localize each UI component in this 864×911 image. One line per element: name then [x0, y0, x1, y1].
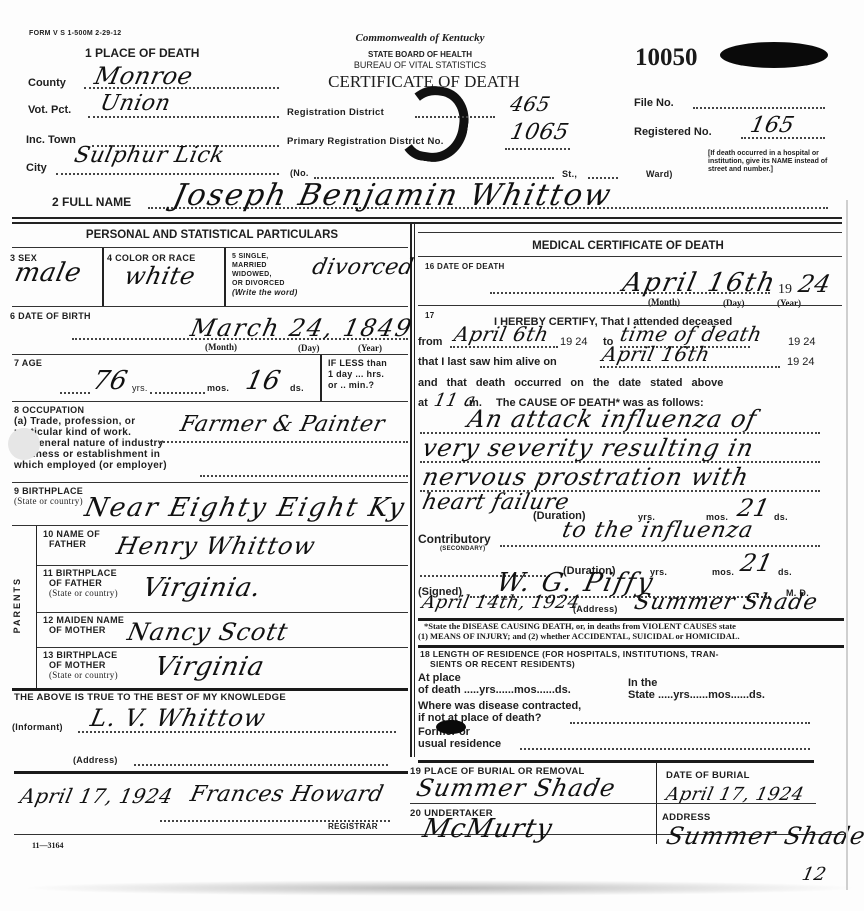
if-less-note: IF LESS than 1 day ... hrs. or .. min.?: [328, 358, 387, 391]
certify-number: 17: [425, 311, 435, 320]
signed-date: April 14th, 1924: [420, 592, 582, 613]
at-label: at: [418, 397, 428, 409]
filed-date-value: April 17, 1924: [18, 784, 175, 808]
birthplace-label: 9 BIRTHPLACE (State or country): [14, 486, 83, 506]
burial-date-value: April 17, 1924: [664, 784, 806, 805]
dob-month-caption: (Month): [205, 342, 237, 352]
age-label: 7 AGE: [14, 358, 42, 368]
official-stamp: [395, 82, 473, 167]
bureau-title: BUREAU OF VITAL STATISTICS: [320, 60, 520, 70]
medical-heading: MEDICAL CERTIFICATE OF DEATH: [418, 240, 838, 252]
contrib-ds-label: ds.: [778, 567, 792, 577]
death-certificate: FORM V S 1-500M 2-29-12 1 PLACE OF DEATH…: [0, 0, 864, 911]
scan-edge: [846, 200, 848, 890]
birthplace-value: Near Eighty Eight Ky: [82, 493, 409, 523]
to-year: 19 24: [788, 336, 816, 348]
from-label: from: [418, 336, 442, 348]
mother-birthplace-label: 13 BIRTHPLACE OF MOTHER (State or countr…: [43, 650, 118, 680]
registration-district-value: 465: [508, 92, 553, 116]
marital-label: 5 SINGLE, MARRIED WIDOWED, OR DIVORCED (…: [232, 252, 298, 297]
residence-heading: 18 LENGTH OF RESIDENCE (FOR HOSPITALS, I…: [420, 649, 719, 669]
form-code: FORM V S 1-500M 2-29-12: [29, 30, 122, 37]
punch-hole: [8, 428, 40, 460]
registrar-label: REGISTRAR: [328, 822, 378, 831]
occupation-value: Farmer & Painter: [178, 412, 387, 437]
true-statement: THE ABOVE IS TRUE TO THE BEST OF MY KNOW…: [14, 692, 286, 703]
form-footer: 11—3164: [32, 841, 64, 850]
full-name-label: 2 FULL NAME: [52, 195, 131, 209]
certificate-number: 10050: [635, 44, 698, 72]
mother-birthplace-value: Virginia: [152, 652, 267, 682]
cause-ds-label: ds.: [774, 512, 788, 522]
primary-registration-label: Primary Registration District No.: [287, 136, 444, 147]
vot-pct-value: Union: [98, 91, 173, 116]
age-days-value: 16: [243, 366, 283, 396]
informant-label: (Informant): [12, 722, 63, 732]
burial-place-value: Summer Shade: [414, 774, 618, 802]
address-label: (Address): [73, 755, 118, 765]
cause-line-2: very severity resulting in: [420, 434, 757, 462]
cause-line-3: nervous prostration with: [420, 463, 752, 491]
father-name-value: Henry Whittow: [114, 532, 318, 560]
contrib-duration-days: 21: [738, 549, 775, 577]
undertaker-value: McMurty: [420, 814, 556, 844]
cause-footnote: *State the DISEASE CAUSING DEATH, or, in…: [418, 621, 848, 641]
age-yrs-label: yrs.: [132, 383, 148, 393]
physician-address-value: Summer Shade: [632, 590, 820, 615]
father-birthplace-label: 11 BIRTHPLACE OF FATHER (State or countr…: [43, 568, 118, 598]
board-title: STATE BOARD OF HEALTH: [320, 50, 520, 59]
registered-no-value: 165: [748, 113, 797, 138]
contributory-value: to the influenza: [560, 518, 756, 543]
dob-label: 6 DATE OF BIRTH: [10, 311, 91, 321]
dob-year-caption: (Year): [358, 343, 382, 353]
vot-pct-label: Vot. Pct.: [28, 104, 71, 116]
mother-name-label: 12 MAIDEN NAME OF MOTHER: [43, 615, 124, 635]
commonwealth-title: Commonwealth of Kentucky: [320, 32, 520, 44]
page-mark: 12: [800, 864, 828, 885]
burial-date-label: DATE OF BURIAL: [666, 770, 750, 781]
occurred-text: and that death occurred on the date stat…: [418, 377, 830, 389]
mother-name-value: Nancy Scott: [125, 618, 291, 646]
file-no-label: File No.: [634, 97, 674, 109]
ink-blot: [436, 720, 466, 734]
dod-year-caption: (Year): [777, 298, 801, 308]
parents-label: PARENTS: [12, 577, 22, 633]
contributory-label: Contributory: [418, 532, 491, 546]
age-ds-label: ds.: [290, 383, 304, 393]
race-value: white: [122, 262, 198, 290]
dod-year-prefix: 19: [778, 282, 792, 298]
age-years-value: 76: [90, 366, 130, 396]
personal-particulars-heading: PERSONAL AND STATISTICAL PARTICULARS: [14, 229, 410, 241]
registration-district-label: Registration District: [287, 107, 384, 118]
redaction-mark: [720, 42, 828, 68]
sex-value: male: [12, 258, 84, 288]
full-name-value: Joseph Benjamin Whittow: [170, 178, 616, 213]
inc-town-label: Inc. Town: [26, 134, 76, 146]
date-of-death-value: April 16th: [620, 268, 779, 298]
registered-no-label: Registered No.: [634, 126, 712, 138]
father-name-label: 10 NAME OF FATHER: [43, 529, 100, 549]
dod-day-caption: (Day): [723, 298, 745, 308]
no-label: (No.: [290, 168, 309, 178]
cause-line-1: An attack influenza of: [465, 405, 760, 433]
at-place-of-death: At place of death .....yrs......mos.....…: [418, 672, 571, 696]
physician-address-label: (Address): [573, 604, 618, 614]
county-value: Monroe: [92, 62, 196, 90]
hospital-note: [If death occurred in a hospital or inst…: [708, 150, 828, 174]
dod-year-value: 24: [796, 270, 833, 298]
registrar-signature: Frances Howard: [188, 782, 386, 807]
contrib-mos-label: mos.: [712, 567, 734, 577]
in-the-state: In the State .....yrs......mos......ds.: [628, 677, 765, 701]
county-label: County: [28, 77, 66, 89]
from-year: 19 24: [560, 336, 588, 348]
from-value: April 6th: [452, 322, 551, 346]
ward-label: Ward): [646, 169, 673, 179]
primary-registration-value: 1065: [508, 120, 571, 145]
dob-value: March 24, 1849: [188, 314, 416, 342]
last-saw-year: 19 24: [787, 356, 815, 368]
last-saw-value: April 16th: [600, 342, 712, 366]
city-value: Sulphur Lick: [72, 143, 227, 168]
age-mos-label: mos.: [207, 383, 229, 393]
marital-value: divorced: [310, 255, 416, 280]
secondary-label: (SECONDARY): [440, 546, 485, 552]
informant-value: L. V. Whittow: [88, 704, 269, 732]
last-saw-label: that I last saw him alive on: [418, 356, 557, 368]
scan-shadow: [20, 880, 860, 896]
dob-day-caption: (Day): [298, 343, 320, 353]
city-label: City: [26, 162, 47, 174]
place-of-death-heading: 1 PLACE OF DEATH: [85, 46, 199, 60]
father-birthplace-value: Virginia.: [140, 573, 264, 603]
date-of-death-label: 16 DATE OF DEATH: [425, 262, 505, 271]
undertaker-address-value: Summer Shade: [664, 822, 864, 850]
